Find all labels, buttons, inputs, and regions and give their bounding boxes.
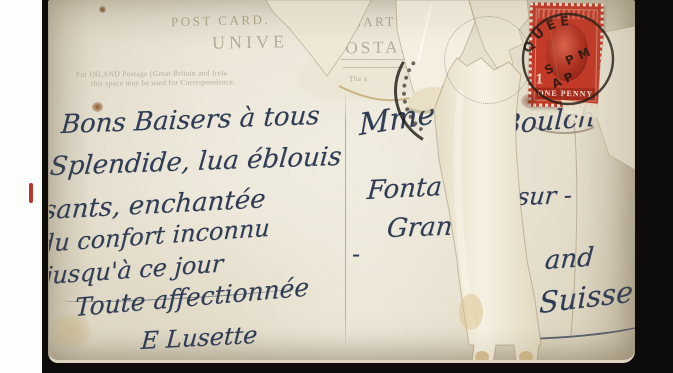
postcard: POST CARD. UNIVE CARTE POSTAL For INLAND… [48, 0, 635, 363]
scan-black-background: POST CARD. UNIVE CARTE POSTAL For INLAND… [42, 0, 673, 373]
printed-postal-fragment: POSTAL [333, 37, 414, 58]
address-line2-left: Fonta [366, 172, 443, 206]
fine-print-line2: this space may be used for Correspondenc… [91, 77, 236, 88]
signature: E Lusette [140, 321, 258, 355]
postmark-town-text: QUEE [520, 14, 573, 56]
address-dash: - [352, 240, 360, 268]
stamp-corner-stain [521, 94, 537, 108]
ink-spot [99, 6, 106, 13]
red-edge-mark [29, 183, 33, 203]
printed-universal-fragment: UNIVE [212, 31, 288, 53]
printed-post-card-title: POST CARD. [171, 12, 271, 31]
address-line2-right: sur - [516, 181, 573, 211]
fine-print-right-fragment: The a [349, 74, 367, 83]
address-line3-left: Gran [386, 212, 454, 244]
message-line-2: Splendide, lua éblouis [49, 142, 343, 182]
printed-carte-title: CARTE [352, 14, 407, 31]
postcard-photo: POST CARD. UNIVE CARTE POSTAL For INLAND… [0, 0, 673, 373]
center-divider-line [345, 92, 346, 352]
address-line4-right: and [544, 242, 595, 276]
svg-text:QUEE: QUEE [520, 14, 573, 56]
